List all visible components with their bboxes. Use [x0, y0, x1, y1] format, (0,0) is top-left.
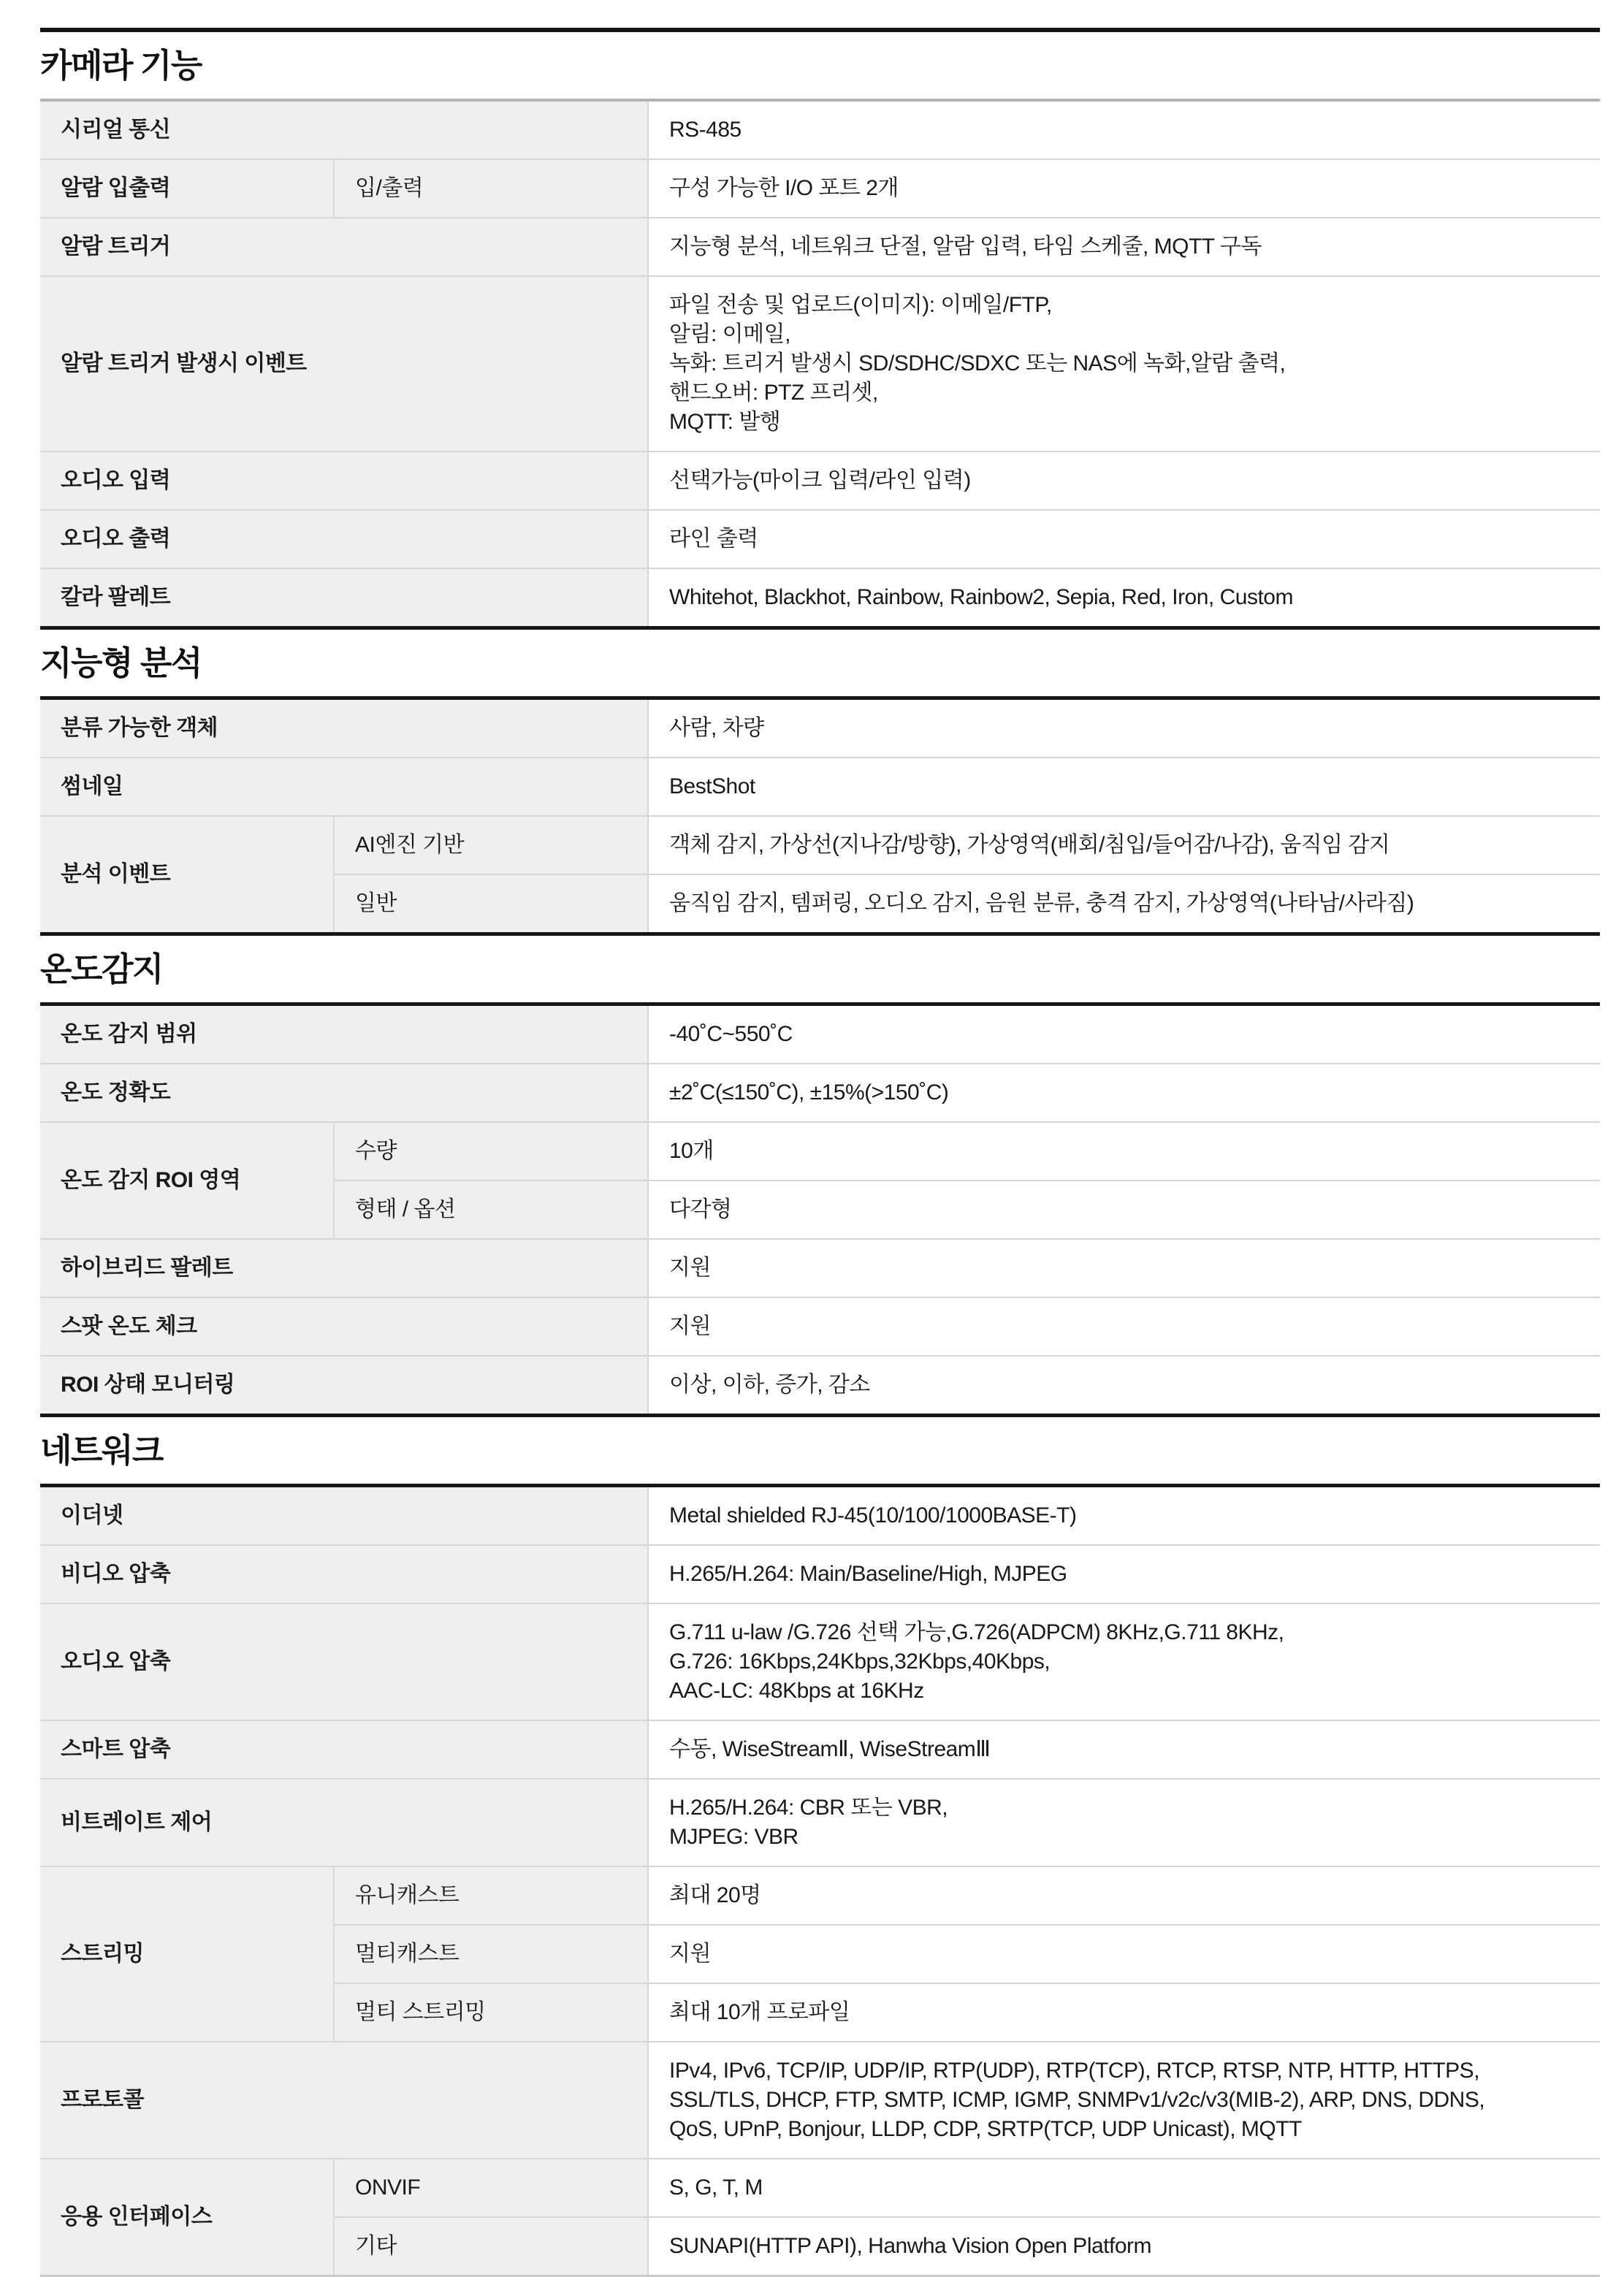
row-value: RS-485 [648, 100, 1600, 159]
row-value: BestShot [648, 758, 1600, 816]
table-row: 분석 이벤트AI엔진 기반객체 감지, 가상선(지나감/방향), 가상영역(배회… [40, 816, 1600, 874]
table-row: 응용 인터페이스ONVIFS, G, T, M [40, 2159, 1600, 2217]
row-label: 스마트 압축 [40, 1720, 648, 1779]
row-value: 선택가능(마이크 입력/라인 입력) [648, 451, 1600, 510]
table-row: 하이브리드 팔레트지원 [40, 1239, 1600, 1297]
row-label: 오디오 압축 [40, 1603, 648, 1720]
row-value: Whitehot, Blackhot, Rainbow, Rainbow2, S… [648, 568, 1600, 628]
row-label: 칼라 팔레트 [40, 568, 648, 628]
row-value: H.265/H.264: Main/Baseline/High, MJPEG [648, 1545, 1600, 1603]
table-row: 비트레이트 제어H.265/H.264: CBR 또는 VBR, MJPEG: … [40, 1779, 1600, 1866]
row-label: 시리얼 통신 [40, 100, 648, 159]
spec-section: 카메라 기능시리얼 통신RS-485알람 입출력입/출력구성 가능한 I/O 포… [40, 32, 1600, 630]
row-value: 지원 [648, 1297, 1600, 1356]
row-value: 객체 감지, 가상선(지나감/방향), 가상영역(배회/침입/들어감/나감), … [648, 816, 1600, 874]
row-sublabel: ONVIF [334, 2159, 648, 2217]
row-sublabel: 입/출력 [334, 159, 648, 218]
row-label: 이더넷 [40, 1486, 648, 1546]
row-value: ±2˚C(≤150˚C), ±15%(>150˚C) [648, 1064, 1600, 1122]
row-value: 최대 10개 프로파일 [648, 1983, 1600, 2042]
row-value: H.265/H.264: CBR 또는 VBR, MJPEG: VBR [648, 1779, 1600, 1866]
row-label: 알람 입출력 [40, 159, 334, 218]
table-row: 알람 입출력입/출력구성 가능한 I/O 포트 2개 [40, 159, 1600, 218]
row-label: ROI 상태 모니터링 [40, 1356, 648, 1416]
table-row: ROI 상태 모니터링이상, 이하, 증가, 감소 [40, 1356, 1600, 1416]
spec-table: 온도 감지 범위-40˚C~550˚C온도 정확도±2˚C(≤150˚C), ±… [40, 1002, 1600, 1417]
spec-table: 분류 가능한 객체사람, 차량썸네일BestShot분석 이벤트AI엔진 기반객… [40, 696, 1600, 936]
row-sublabel: 일반 [334, 874, 648, 934]
table-row: 스트리밍유니캐스트최대 20명 [40, 1866, 1600, 1925]
row-value: 다각형 [648, 1181, 1600, 1239]
section-title: 카메라 기능 [40, 32, 1600, 99]
row-value: IPv4, IPv6, TCP/IP, UDP/IP, RTP(UDP), RT… [648, 2042, 1600, 2159]
row-value: G.711 u-law /G.726 선택 가능,G.726(ADPCM) 8K… [648, 1603, 1600, 1720]
table-row: 비디오 압축H.265/H.264: Main/Baseline/High, M… [40, 1545, 1600, 1603]
spec-section: 지능형 분석분류 가능한 객체사람, 차량썸네일BestShot분석 이벤트AI… [40, 630, 1600, 936]
row-label: 스트리밍 [40, 1866, 334, 2042]
spec-table: 시리얼 통신RS-485알람 입출력입/출력구성 가능한 I/O 포트 2개알람… [40, 99, 1600, 630]
table-row: 시리얼 통신RS-485 [40, 100, 1600, 159]
table-row: 오디오 입력선택가능(마이크 입력/라인 입력) [40, 451, 1600, 510]
spec-section: 네트워크이더넷Metal shielded RJ-45(10/100/1000B… [40, 1417, 1600, 2277]
row-value: 최대 20명 [648, 1866, 1600, 1925]
table-row: 스팟 온도 체크지원 [40, 1297, 1600, 1356]
row-label: 하이브리드 팔레트 [40, 1239, 648, 1297]
row-value: 수동, WiseStreamⅡ, WiseStreamⅢ [648, 1720, 1600, 1779]
table-row: 온도 감지 범위-40˚C~550˚C [40, 1004, 1600, 1064]
row-value: 사람, 차량 [648, 698, 1600, 758]
spec-table: 이더넷Metal shielded RJ-45(10/100/1000BASE-… [40, 1484, 1600, 2277]
row-label: 프로토콜 [40, 2042, 648, 2159]
row-value: 구성 가능한 I/O 포트 2개 [648, 159, 1600, 218]
row-label: 온도 정확도 [40, 1064, 648, 1122]
row-label: 알람 트리거 [40, 218, 648, 276]
row-value: 10개 [648, 1122, 1600, 1181]
table-row: 알람 트리거지능형 분석, 네트워크 단절, 알람 입력, 타임 스케줄, MQ… [40, 218, 1600, 276]
row-label: 온도 감지 ROI 영역 [40, 1122, 334, 1239]
row-label: 스팟 온도 체크 [40, 1297, 648, 1356]
row-label: 비디오 압축 [40, 1545, 648, 1603]
row-sublabel: AI엔진 기반 [334, 816, 648, 874]
row-sublabel: 기타 [334, 2217, 648, 2276]
row-sublabel: 형태 / 옵션 [334, 1181, 648, 1239]
table-row: 오디오 압축G.711 u-law /G.726 선택 가능,G.726(ADP… [40, 1603, 1600, 1720]
table-row: 칼라 팔레트Whitehot, Blackhot, Rainbow, Rainb… [40, 568, 1600, 628]
row-value: 움직임 감지, 템퍼링, 오디오 감지, 음원 분류, 충격 감지, 가상영역(… [648, 874, 1600, 934]
row-sublabel: 멀티캐스트 [334, 1925, 648, 1983]
row-sublabel: 수량 [334, 1122, 648, 1181]
spec-section: 온도감지온도 감지 범위-40˚C~550˚C온도 정확도±2˚C(≤150˚C… [40, 936, 1600, 1417]
section-title: 지능형 분석 [40, 630, 1600, 696]
table-row: 알람 트리거 발생시 이벤트파일 전송 및 업로드(이미지): 이메일/FTP,… [40, 276, 1600, 451]
row-value: 지원 [648, 1239, 1600, 1297]
row-value: S, G, T, M [648, 2159, 1600, 2217]
row-sublabel: 멀티 스트리밍 [334, 1983, 648, 2042]
row-label: 오디오 입력 [40, 451, 648, 510]
row-value: 이상, 이하, 증가, 감소 [648, 1356, 1600, 1416]
row-value: 지원 [648, 1925, 1600, 1983]
section-title: 온도감지 [40, 936, 1600, 1002]
row-label: 분석 이벤트 [40, 816, 334, 934]
row-value: SUNAPI(HTTP API), Hanwha Vision Open Pla… [648, 2217, 1600, 2276]
row-value: 라인 출력 [648, 510, 1600, 568]
row-value: 지능형 분석, 네트워크 단절, 알람 입력, 타임 스케줄, MQTT 구독 [648, 218, 1600, 276]
table-row: 썸네일BestShot [40, 758, 1600, 816]
row-label: 썸네일 [40, 758, 648, 816]
table-row: 이더넷Metal shielded RJ-45(10/100/1000BASE-… [40, 1486, 1600, 1546]
row-label: 비트레이트 제어 [40, 1779, 648, 1866]
section-title: 네트워크 [40, 1417, 1600, 1484]
row-label: 알람 트리거 발생시 이벤트 [40, 276, 648, 451]
row-value: -40˚C~550˚C [648, 1004, 1600, 1064]
row-label: 오디오 출력 [40, 510, 648, 568]
row-value: 파일 전송 및 업로드(이미지): 이메일/FTP, 알림: 이메일, 녹화: … [648, 276, 1600, 451]
table-row: 분류 가능한 객체사람, 차량 [40, 698, 1600, 758]
row-sublabel: 유니캐스트 [334, 1866, 648, 1925]
row-label: 응용 인터페이스 [40, 2159, 334, 2276]
table-row: 온도 정확도±2˚C(≤150˚C), ±15%(>150˚C) [40, 1064, 1600, 1122]
row-label: 분류 가능한 객체 [40, 698, 648, 758]
table-row: 스마트 압축수동, WiseStreamⅡ, WiseStreamⅢ [40, 1720, 1600, 1779]
row-value: Metal shielded RJ-45(10/100/1000BASE-T) [648, 1486, 1600, 1546]
spec-document: 카메라 기능시리얼 통신RS-485알람 입출력입/출력구성 가능한 I/O 포… [40, 0, 1600, 2277]
row-label: 온도 감지 범위 [40, 1004, 648, 1064]
table-row: 프로토콜IPv4, IPv6, TCP/IP, UDP/IP, RTP(UDP)… [40, 2042, 1600, 2159]
table-row: 오디오 출력라인 출력 [40, 510, 1600, 568]
table-row: 온도 감지 ROI 영역수량10개 [40, 1122, 1600, 1181]
spec-sections-container: 카메라 기능시리얼 통신RS-485알람 입출력입/출력구성 가능한 I/O 포… [40, 32, 1600, 2277]
